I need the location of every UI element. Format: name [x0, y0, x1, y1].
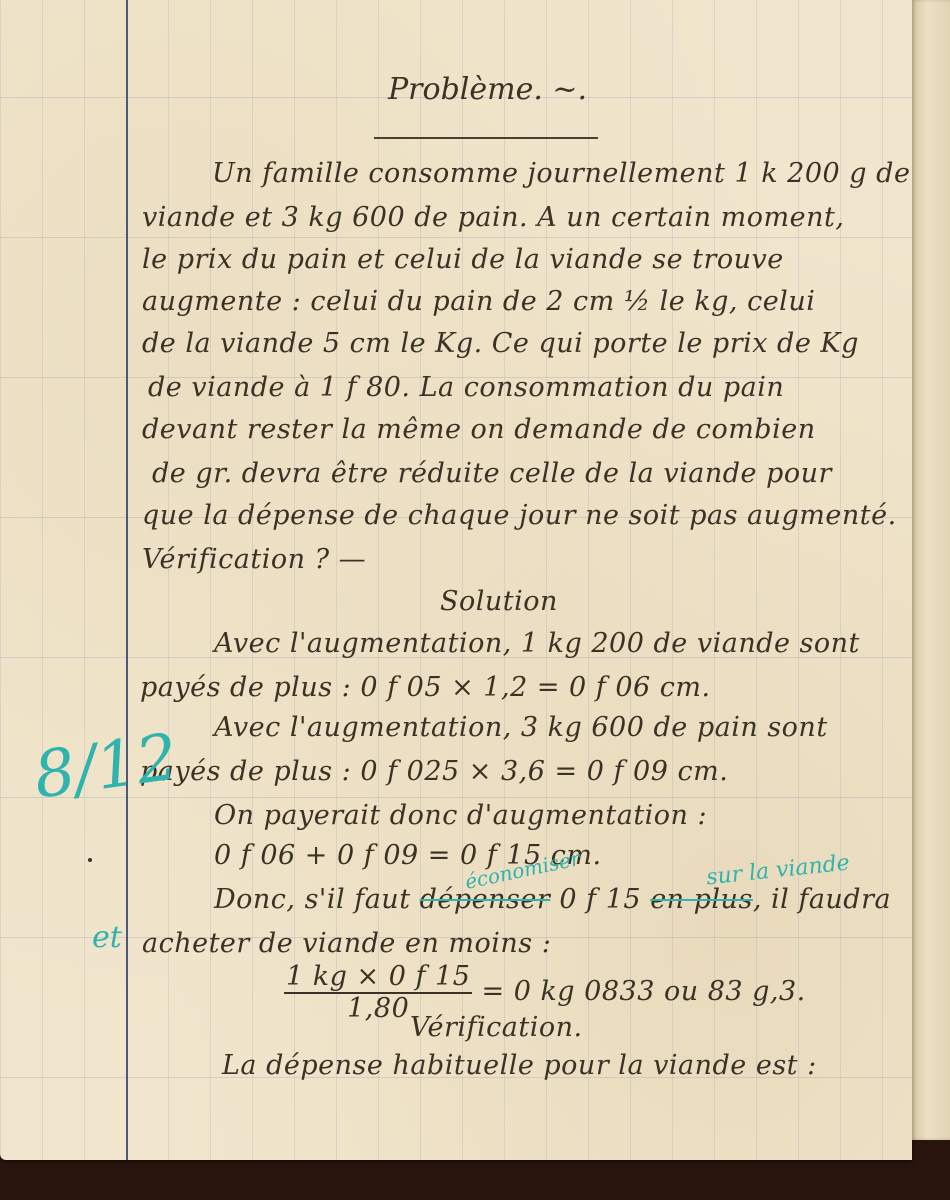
solution-line-3: Avec l'augmentation, 3 kg 600 de pain so… [214, 712, 828, 743]
problem-line-3: le prix du pain et celui de la viande se… [142, 244, 784, 275]
notebook-page: Problème. ~. Un famille consomme journel… [0, 0, 912, 1160]
solution-line-1: Avec l'augmentation, 1 kg 200 de viande … [214, 628, 860, 659]
problem-line-6: de viande à 1 f 80. La consommation du p… [148, 372, 784, 403]
solution-line-8: acheter de viande en moins : [142, 928, 551, 959]
grade-annotation: 8/12 [30, 720, 183, 813]
verification-heading: Vérification. [410, 1012, 583, 1043]
margin-rule [126, 0, 128, 1160]
next-page-edge [912, 0, 950, 1140]
solution-line-4: payés de plus : 0 f 025 × 3,6 = 0 f 09 c… [140, 756, 728, 787]
donc-prefix: Donc, s'il faut [214, 884, 411, 915]
page-title: Problème. ~. [388, 72, 587, 107]
problem-line-2: viande et 3 kg 600 de pain. A un certain… [142, 202, 844, 233]
problem-line-9: que la dépense de chaque jour ne soit pa… [142, 500, 897, 531]
verification-line-1: La dépense habituelle pour la viande est… [222, 1050, 817, 1081]
problem-line-4: augmente : celui du pain de 2 cm ½ le kg… [142, 286, 815, 317]
problem-line-10: Vérification ? — [142, 544, 366, 575]
solution-donc-line: Donc, s'il faut dépenser 0 f 15 en plus,… [214, 884, 891, 915]
struck-word-en-plus: en plus [650, 884, 753, 915]
solution-line-2: payés de plus : 0 f 05 × 1,2 = 0 f 06 cm… [140, 672, 711, 703]
margin-et-insert: et [92, 920, 122, 955]
formula-result: = 0 kg 0833 ou 83 g,3. [481, 976, 805, 1007]
title-underline [374, 137, 598, 139]
solution-heading: Solution [440, 586, 558, 617]
problem-line-8: de gr. devra être réduite celle de la vi… [152, 458, 832, 489]
donc-amount: 0 f 15 [559, 884, 641, 915]
ink-dot [88, 858, 92, 862]
problem-line-1: Un famille consomme journellement 1 k 20… [212, 158, 910, 189]
solution-line-5: On payerait donc d'augmentation : [214, 800, 707, 831]
donc-suffix: , il faudra [753, 884, 891, 915]
problem-line-5: de la viande 5 cm le Kg. Ce qui porte le… [142, 328, 859, 359]
problem-line-7: devant rester la même on demande de comb… [142, 414, 816, 445]
formula-numerator: 1 kg × 0 f 15 [284, 962, 472, 994]
